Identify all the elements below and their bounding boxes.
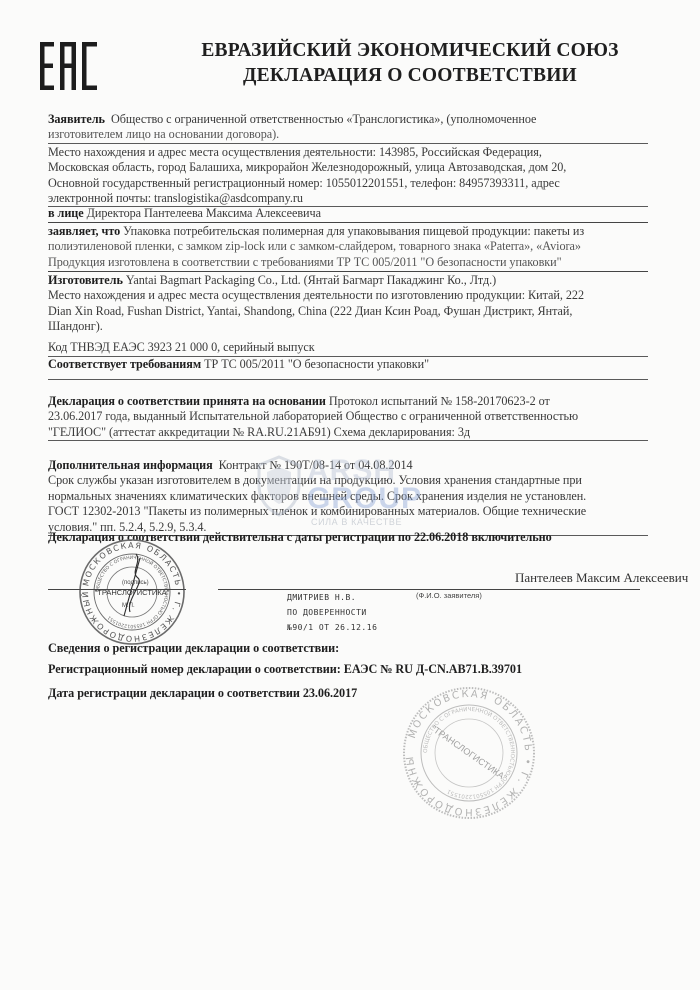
basis-line: 23.06.2017 года, выданный Испытательной …: [48, 409, 648, 424]
address-line: Место нахождения и адрес места осуществл…: [48, 145, 648, 160]
additional-line: ГОСТ 12302-2013 "Пакеты из полимерных пл…: [48, 504, 648, 519]
manufacturer-label: Изготовитель: [48, 273, 123, 287]
signature-line: [48, 589, 186, 590]
declaration-document: ЕВРАЗИЙСКИЙ ЭКОНОМИЧЕСКИЙ СОЮЗ ДЕКЛАРАЦИ…: [0, 0, 700, 990]
address-line: электронной почты: translogistika@asdcom…: [48, 191, 648, 206]
manufacturer-name: Yantai Bagmart Packaging Co., Ltd. (Янта…: [126, 273, 496, 287]
manufacturer-address: Место нахождения и адрес места осуществл…: [48, 288, 648, 303]
divider: [48, 222, 648, 223]
validity-suffix: включительно: [471, 530, 551, 544]
manufacturer-address: Шандонг).: [48, 319, 648, 334]
product-line: полиэтиленовой пленки, с замком zip-lock…: [48, 239, 648, 254]
validity-date: 22.06.2018: [414, 530, 468, 544]
divider: [48, 379, 648, 380]
basis-label: Декларация о соответствии принята на осн…: [48, 394, 326, 408]
divider: [48, 143, 648, 144]
svg-text:"ТРАНСЛОГИСТИКА": "ТРАНСЛОГИСТИКА": [429, 723, 508, 783]
declares-label: заявляет, что: [48, 224, 120, 238]
basis-line: "ГЕЛИОС" (аттестат аккредитации № RA.RU.…: [48, 425, 648, 440]
eac-logo-icon: [40, 42, 98, 90]
hs-code: Код ТНВЭД ЕАЭС 3923 21 000 0, серийный в…: [48, 340, 648, 355]
additional-line: нормальных значениях климатических факто…: [48, 489, 648, 504]
represented-name: Директора Пантелеева Максима Алексеевича: [87, 206, 321, 220]
manufacturer-address: Dian Xin Road, Fushan District, Yantai, …: [48, 304, 648, 319]
applicant-address: Место нахождения и адрес места осуществл…: [48, 145, 648, 207]
proxy-basis: ПО ДОВЕРЕННОСТИ: [287, 605, 377, 620]
title-declaration: ДЕКЛАРАЦИЯ О СООТВЕТСТВИИ: [150, 63, 670, 88]
complies-row: Соответствует требованиям ТР ТС 005/2011…: [48, 357, 648, 372]
additional-info-section: Дополнительная информация Контракт № 190…: [48, 458, 648, 535]
complies-label: Соответствует требованиям: [48, 357, 201, 371]
proxy-stamp: ДМИТРИЕВ Н.В. ПО ДОВЕРЕННОСТИ №90/1 ОТ 2…: [287, 590, 377, 635]
company-stamp-faded: МОСКОВСКАЯ ОБЛАСТЬ • Г. ЖЕЛЕЗНОДОРОЖНЫЙ …: [402, 686, 536, 820]
signatory-name: Пантелеев Максим Алексеевич: [515, 570, 688, 586]
name-line: [218, 589, 640, 590]
test-report: Протокол испытаний № 158-20170623-2 от: [329, 394, 550, 408]
registration-number: ЕАЭС № RU Д-CN.АВ71.В.39701: [344, 662, 522, 676]
applicant-section: Заявитель Общество с ограниченной ответс…: [48, 112, 648, 143]
address-line: Основной государственный регистрационный…: [48, 176, 648, 191]
applicant-name-cont: изготовителем лицо на основании договора…: [48, 127, 648, 142]
product-line: Упаковка потребительская полимерная для …: [123, 224, 584, 238]
additional-label: Дополнительная информация: [48, 458, 213, 472]
declaration-section: заявляет, что Упаковка потребительская п…: [48, 224, 648, 270]
svg-text:(подпись): (подпись): [122, 580, 149, 586]
basis-section: Декларация о соответствии принята на осн…: [48, 394, 648, 440]
registration-date: 23.06.2017: [303, 686, 357, 700]
title-union: ЕВРАЗИЙСКИЙ ЭКОНОМИЧЕСКИЙ СОЮЗ: [150, 38, 670, 63]
applicant-name: Общество с ограниченной ответственностью…: [111, 112, 536, 126]
represented-by: в лице Директора Пантелеева Максима Алек…: [48, 206, 648, 221]
represented-label: в лице: [48, 206, 84, 220]
complies-value: ТР ТС 005/2011 "О безопасности упаковки": [204, 357, 429, 371]
registration-heading: Сведения о регистрации декларации о соот…: [48, 641, 648, 656]
applicant-label: Заявитель: [48, 112, 105, 126]
registration-number-row: Регистрационный номер декларации о соотв…: [48, 662, 648, 677]
manufacturer-section: Изготовитель Yantai Bagmart Packaging Co…: [48, 273, 648, 335]
registration-date-label: Дата регистрации декларации о соответств…: [48, 686, 300, 700]
address-line: Московская область, город Балашиха, микр…: [48, 160, 648, 175]
svg-text:М.П.: М.П.: [122, 603, 135, 609]
document-title: ЕВРАЗИЙСКИЙ ЭКОНОМИЧЕСКИЙ СОЮЗ ДЕКЛАРАЦИ…: [150, 38, 670, 88]
registration-number-label: Регистрационный номер декларации о соотв…: [48, 662, 341, 676]
product-line: Продукция изготовлена в соответствии с т…: [48, 255, 648, 270]
additional-line: Срок службы указан изготовителем в докум…: [48, 473, 648, 488]
registration-date-row: Дата регистрации декларации о соответств…: [48, 686, 648, 701]
company-stamp: МОСКОВСКАЯ ОБЛАСТЬ • Г. ЖЕЛЕЗНОДОРОЖНЫЙ …: [78, 538, 186, 646]
proxy-number: №90/1 ОТ 26.12.16: [287, 620, 377, 635]
contract: Контракт № 190T/08-14 от 04.08.2014: [219, 458, 413, 472]
divider: [48, 440, 648, 441]
divider: [48, 271, 648, 272]
signatory-caption: (Ф.И.О. заявителя): [416, 591, 482, 600]
proxy-name: ДМИТРИЕВ Н.В.: [287, 590, 377, 605]
